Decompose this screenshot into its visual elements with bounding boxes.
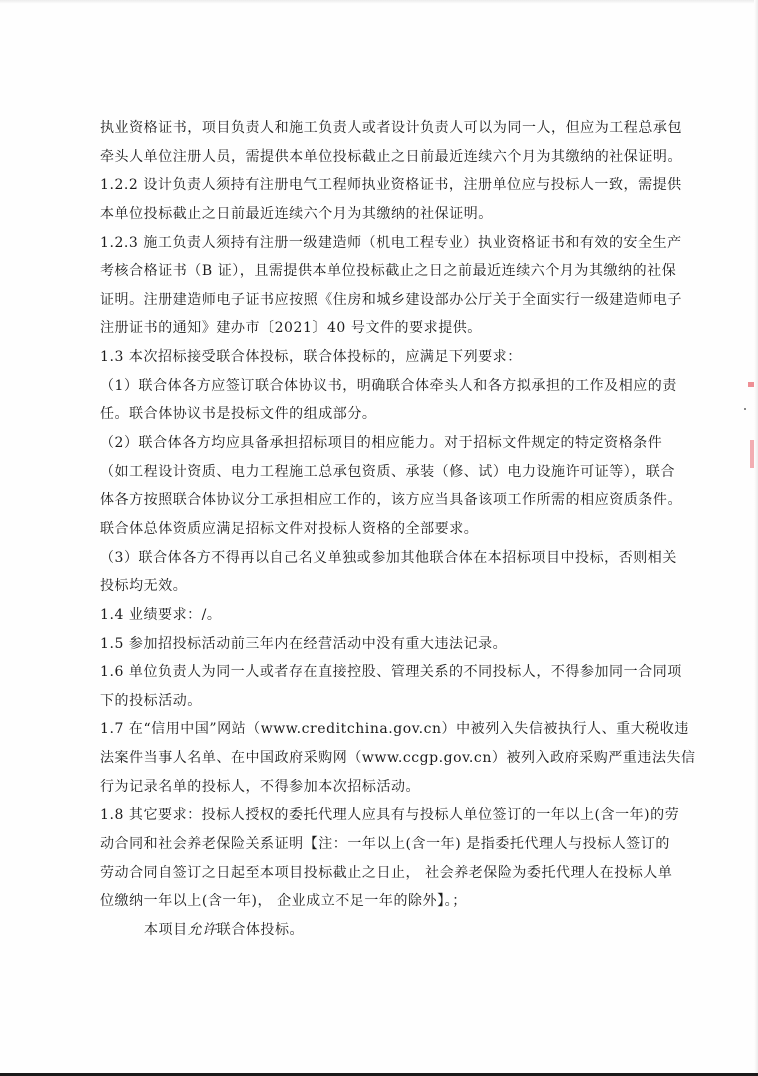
page-right-edge xyxy=(754,0,758,1076)
text-line: 行为记录名单的投标人，不得参加本次招标活动。 xyxy=(100,773,656,802)
scan-speck xyxy=(744,408,746,410)
margin-seal-fragment xyxy=(750,440,754,468)
text-line: 本单位投标截止之日前最近连续六个月为其缴纳的社保证明。 xyxy=(100,200,656,229)
clause-1-6: 1.6 单位负责人为同一人或者存在直接控股、管理关系的不同投标人，不得参加同一合… xyxy=(100,658,656,687)
clause-1-3-item-3: （3）联合体各方不得再以自己名义单独或参加其他联合体在本招标项目中投标，否则相关 xyxy=(100,544,656,573)
text-line: 考核合格证书（B 证），且需提供本单位投标截止之日之前最近连续六个月为其缴纳的社… xyxy=(100,257,656,286)
closing-statement: 本项目允许联合体投标。 xyxy=(100,916,656,945)
scanned-page: 执业资格证书，项目负责人和施工负责人或者设计负责人可以为同一人，但应为工程总承包… xyxy=(0,0,758,1076)
text-line: 体各方按照联合体协议分工承担相应工作的，该方应当具备该项工作所需的相应资质条件。 xyxy=(100,486,656,515)
clause-1-3-item-2: （2）联合体各方均应具备承担招标项目的相应能力。对于招标文件规定的特定资格条件 xyxy=(100,429,656,458)
clause-1-5: 1.5 参加招投标活动前三年内在经营活动中没有重大违法记录。 xyxy=(100,630,656,659)
closing-prefix: 本项目 xyxy=(144,922,188,938)
text-line: 投标均无效。 xyxy=(100,572,656,601)
page-top-edge xyxy=(0,0,758,4)
clause-1-7: 1.7 在“信用中国”网站（www.creditchina.gov.cn）中被列… xyxy=(100,715,656,744)
text-line: 劳动合同自签订之日起至本项目投标截止之日止， 社会养老保险为委托代理人在投标人单 xyxy=(100,859,656,888)
clause-1-2-2: 1.2.2 设计负责人须持有注册电气工程师执业资格证书，注册单位应与投标人一致，… xyxy=(100,171,656,200)
clause-1-4: 1.4 业绩要求：/。 xyxy=(100,601,656,630)
text-line: 联合体总体资质应满足招标文件对投标人资格的全部要求。 xyxy=(100,515,656,544)
clause-1-3-item-1: （1）联合体各方应签订联合体协议书，明确联合体牵头人和各方拟承担的工作及相应的责 xyxy=(100,372,656,401)
text-line: 牵头人单位注册人员，需提供本单位投标截止之日前最近连续六个月为其缴纳的社保证明。 xyxy=(100,143,656,172)
text-line: 动合同和社会养老保险关系证明【注：一年以上(含一年) 是指委托代理人与投标人签订… xyxy=(100,830,656,859)
text-line: 法案件当事人名单、在中国政府采购网（www.ccgp.gov.cn）被列入政府采… xyxy=(100,744,656,773)
closing-emphasis: 允许 xyxy=(188,922,217,938)
text-line: 任。联合体协议书是投标文件的组成部分。 xyxy=(100,400,656,429)
margin-stamp-mark xyxy=(748,382,754,387)
text-line: 下的投标活动。 xyxy=(100,687,656,716)
closing-suffix: 联合体投标。 xyxy=(217,922,304,938)
clause-1-2-3: 1.2.3 施工负责人须持有注册一级建造师（机电工程专业）执业资格证书和有效的安… xyxy=(100,229,656,258)
clause-1-3: 1.3 本次招标接受联合体投标，联合体投标的，应满足下列要求： xyxy=(100,343,656,372)
text-line: 证明。注册建造师电子证书应按照《住房和城乡建设部办公厅关于全面实行一级建造师电子 xyxy=(100,286,656,315)
text-line: （如工程设计资质、电力工程施工总承包资质、承装（修、试）电力设施许可证等），联合 xyxy=(100,458,656,487)
text-line: 执业资格证书，项目负责人和施工负责人或者设计负责人可以为同一人，但应为工程总承包 xyxy=(100,114,656,143)
text-line: 位缴纳一年以上(含一年)， 企业成立不足一年的除外】。； xyxy=(100,887,656,916)
document-body: 执业资格证书，项目负责人和施工负责人或者设计负责人可以为同一人，但应为工程总承包… xyxy=(100,114,656,945)
clause-1-8: 1.8 其它要求：投标人授权的委托代理人应具有与投标人单位签订的一年以上(含一年… xyxy=(100,801,656,830)
text-line: 注册证书的通知》建办市〔2021〕40 号文件的要求提供。 xyxy=(100,314,656,343)
